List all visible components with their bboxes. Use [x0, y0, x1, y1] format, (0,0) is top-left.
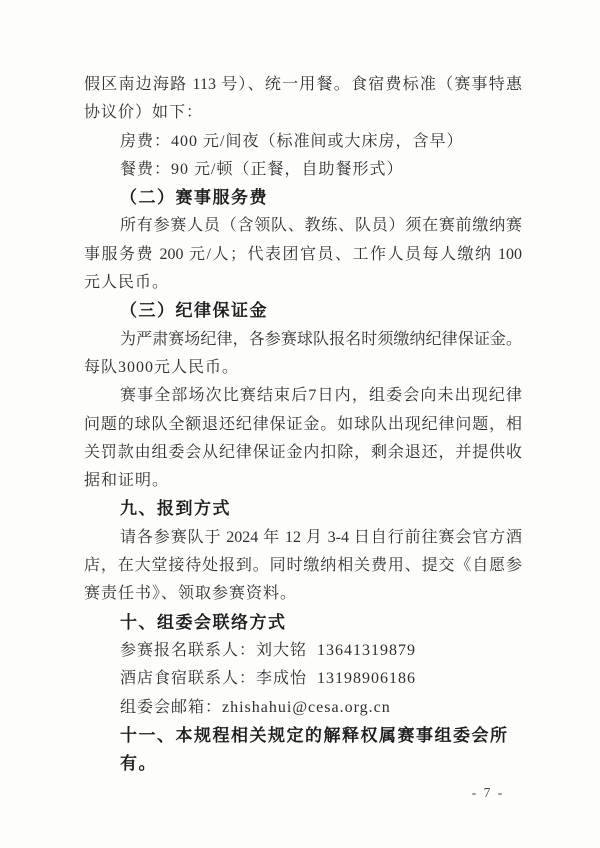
- document-text-block: 假区南边海路 113 号）、统一用餐。食宿费标准（赛事特惠 协议价）如下： 房费…: [84, 71, 522, 750]
- doc-line: 协议价）如下：: [84, 99, 522, 127]
- heading-section-2-service-fee: （二）赛事服务费: [84, 184, 522, 212]
- page-number: - 7 -: [460, 785, 516, 801]
- doc-line: 为严肃赛场纪律，各参赛球队报名时须缴纳纪律保证金。: [84, 326, 522, 354]
- heading-section-10-contacts: 十、组委会联络方式: [84, 609, 522, 637]
- doc-line: 每队3000元人民币。: [84, 354, 522, 382]
- doc-line: 问题的球队全额退还纪律保证金。如球队出现纪律问题，相: [84, 411, 522, 439]
- heading-section-3-deposit: （三）纪律保证金: [84, 297, 522, 325]
- document-page: 假区南边海路 113 号）、统一用餐。食宿费标准（赛事特惠 协议价）如下： 房费…: [0, 0, 600, 848]
- heading-section-9-checkin: 九、报到方式: [84, 495, 522, 523]
- contact-email-line: 组委会邮箱：zhishahui@cesa.org.cn: [84, 694, 522, 722]
- doc-line: 事服务费 200 元/人；代表团官员、工作人员每人缴纳 100: [84, 241, 522, 269]
- doc-line: 元人民币。: [84, 269, 522, 297]
- contact-hotel-line: 酒店食宿联系人：李成怡 13198906186: [84, 665, 522, 693]
- doc-line: 请各参赛队于 2024 年 12 月 3-4 日自行前往赛会官方酒: [84, 524, 522, 552]
- doc-line-address-continuation: 假区南边海路 113 号）、统一用餐。食宿费标准（赛事特惠: [84, 71, 522, 99]
- doc-line-meal-fee: 餐费：90 元/顿（正餐，自助餐形式）: [84, 156, 522, 184]
- doc-line: 关罚款由组委会从纪律保证金内扣除，剩余退还，并提供收: [84, 439, 522, 467]
- doc-line: 店，在大堂接待处报到。同时缴纳相关费用、提交《自愿参: [84, 552, 522, 580]
- doc-line: 据和证明。: [84, 467, 522, 495]
- doc-line: 赛责任书》、领取参赛资料。: [84, 580, 522, 608]
- doc-line-room-fee: 房费：400 元/间夜（标准间或大床房，含早）: [84, 128, 522, 156]
- doc-line: 所有参赛人员（含领队、教练、队员）须在赛前缴纳赛: [84, 212, 522, 240]
- heading-section-11-interpretation: 十一、本规程相关规定的解释权属赛事组委会所有。: [84, 722, 522, 750]
- doc-line: 赛事全部场次比赛结束后7日内，组委会向未出现纪律: [84, 382, 522, 410]
- contact-registration-line: 参赛报名联系人：刘大铭 13641319879: [84, 637, 522, 665]
